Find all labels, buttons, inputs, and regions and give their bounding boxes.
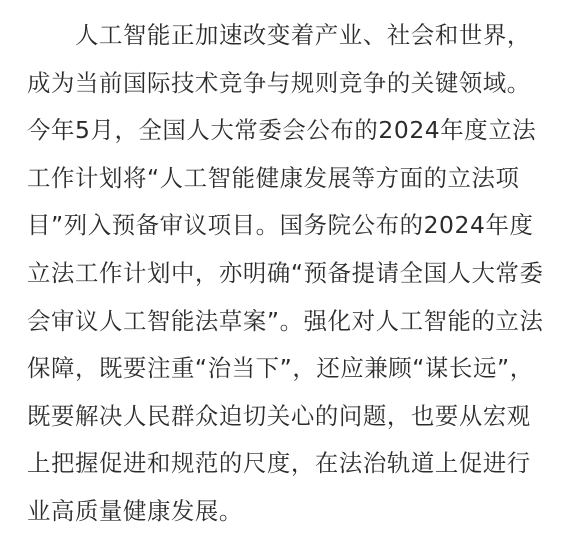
paragraph-line: 成为当前国际技术竞争与规则竞争的关键领域。	[27, 60, 555, 108]
paragraph-line: 立法工作计划中，亦明确“预备提请全国人大常委	[27, 250, 555, 298]
paragraph-line: 上把握促进和规范的尺度，在法治轨道上促进行	[27, 440, 555, 488]
paragraph-line: 保障，既要注重“治当下”，还应兼顾“谋长远”，	[27, 345, 555, 393]
article-paragraph: 人工智能正加速改变着产业、社会和世界， 成为当前国际技术竞争与规则竞争的关键领域…	[27, 12, 555, 536]
paragraph-line: 今年5月，全国人大常委会公布的2024年度立法	[27, 107, 555, 155]
paragraph-line: 人工智能正加速改变着产业、社会和世界，	[27, 12, 555, 60]
paragraph-line: 业高质量健康发展。	[27, 488, 555, 536]
paragraph-line: 既要解决人民群众迫切关心的问题，也要从宏观	[27, 393, 555, 441]
paragraph-line: 目”列入预备审议项目。国务院公布的2024年度	[27, 202, 555, 250]
paragraph-line: 会审议人工智能法草案”。强化对人工智能的立法	[27, 298, 555, 346]
paragraph-line: 工作计划将“人工智能健康发展等方面的立法项	[27, 155, 555, 203]
